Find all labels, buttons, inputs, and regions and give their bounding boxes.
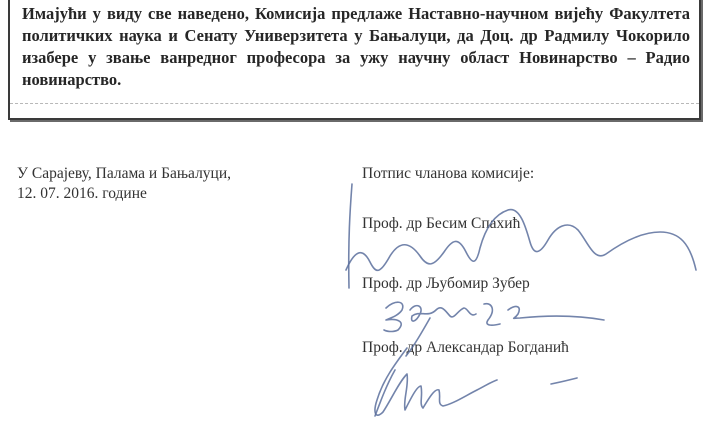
date-line: 12. 07. 2016. године	[17, 184, 231, 204]
dashed-divider	[10, 103, 699, 104]
signatures-heading: Потпис чланова комисије:	[362, 164, 534, 184]
place-date-block: У Сарајеву, Палама и Бањалуци, 12. 07. 2…	[17, 164, 231, 204]
signature-2-icon	[380, 296, 620, 336]
committee-member-2: Проф. др Љубомир Зубер	[362, 274, 530, 294]
place-line: У Сарајеву, Палама и Бањалуци,	[17, 164, 231, 184]
committee-member-3: Проф. др Александар Богданић	[362, 338, 569, 358]
conclusion-paragraph: Имајући у виду све наведено, Комисија пр…	[22, 3, 690, 91]
committee-member-1: Проф. др Бесим Спахић	[362, 214, 520, 234]
